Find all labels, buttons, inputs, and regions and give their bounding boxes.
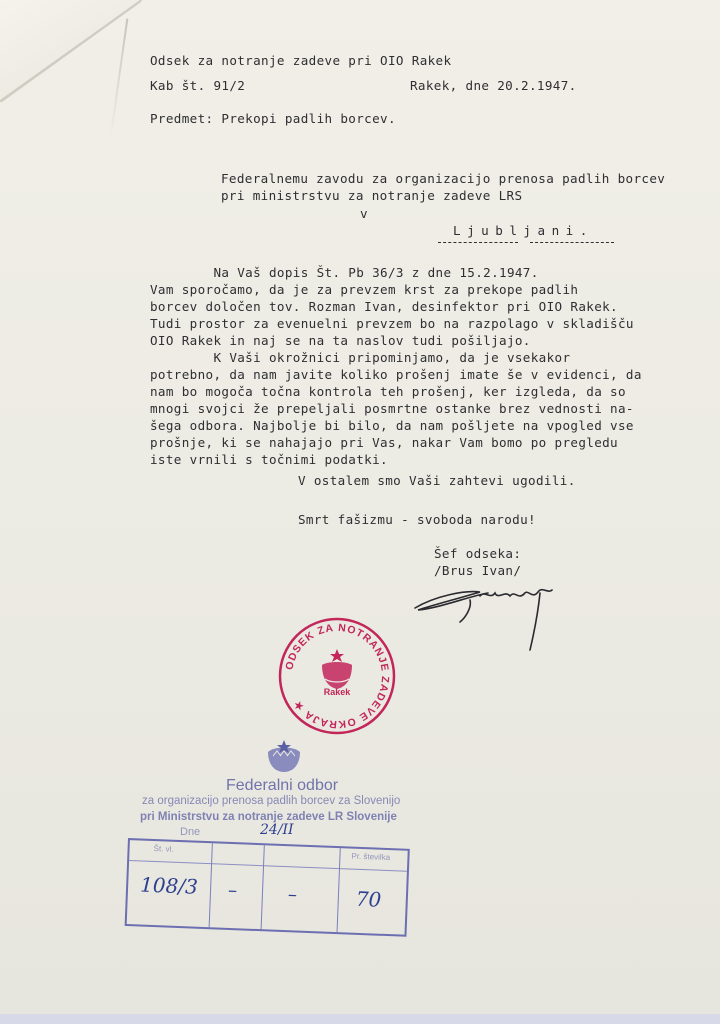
round-office-stamp: ODSEK ZA NOTRANJE ZADEVE OKRAJA ★ Rakek: [278, 617, 396, 735]
body-line: mnogi svojci že prepeljali posmrtne osta…: [150, 400, 634, 417]
register-value: –: [288, 884, 298, 905]
reference-number: Kab št. 91/2: [150, 77, 245, 94]
recipient-line-3: v: [360, 205, 368, 222]
subject-line: Predmet: Prekopi padlih borcev.: [150, 110, 396, 127]
register-value: 70: [355, 887, 381, 912]
place-date: Rakek, dne 20.2.1947.: [410, 77, 577, 94]
closing-line: V ostalem smo Vaši zahtevi ugodili.: [298, 472, 576, 489]
body-line: Tudi prostor za evenuelni prevzem bo na …: [150, 315, 634, 332]
stamp-emblem-icon: ODSEK ZA NOTRANJE ZADEVE OKRAJA ★: [278, 617, 396, 735]
register-value: –: [228, 880, 238, 901]
register-col-header: Št. vl.: [153, 844, 173, 854]
body-line: OIO Rakek in naj se na ta naslov tudi po…: [150, 332, 531, 349]
stamp-center-text: Rakek: [278, 687, 396, 697]
body-line: prošnje, ki se nahajajo pri Vas, nakar V…: [150, 434, 618, 451]
sender-line: Odsek za notranje zadeve pri OIO Rakek: [150, 52, 451, 69]
recipient-line-2: pri ministrstvu za notranje zadeve LRS: [221, 187, 522, 204]
body-line: K Vaši okrožnici pripominjamo, da je vse…: [150, 349, 570, 366]
register-value: 108/3: [140, 873, 199, 899]
scan-edge-band: [0, 1014, 720, 1024]
body-line: Na Vaš dopis Št. Pb 36/3 z dne 15.2.1947…: [150, 264, 539, 281]
register-table-stamp: Št. vl. Pr. številka 108/3 – – 70: [125, 838, 410, 937]
body-line: Vam sporočamo, da je za prevzem krst za …: [150, 281, 578, 298]
received-stamp-date-label: Dne: [180, 826, 200, 838]
body-line: nam bo mogoča točna kontrola teh prošenj…: [150, 383, 626, 400]
slogan-line: Smrt fašizmu - svoboda narodu!: [298, 511, 536, 528]
received-stamp-title: Federalni odbor: [226, 777, 338, 795]
signatory-title: Šef odseka:: [434, 545, 521, 562]
signatory-name: /Brus Ivan/: [434, 562, 521, 579]
recipient-city: Ljubljani.: [453, 222, 594, 239]
recipient-line-1: Federalnemu zavodu za organizacijo preno…: [221, 170, 665, 187]
body-line: borcev določen tov. Rozman Ivan, desinfe…: [150, 298, 618, 315]
state-emblem-icon: [264, 738, 304, 774]
body-line: iste vrnili s točnimi podatki.: [150, 451, 388, 468]
received-date-handwritten: 24/II: [260, 822, 294, 838]
register-col-header: Pr. številka: [351, 852, 390, 862]
body-line: potrebno, da nam javite koliko prošenj i…: [150, 366, 642, 383]
body-line: šega odbora. Najbolje bi bilo, da nam po…: [150, 417, 634, 434]
city-underline-right: [530, 242, 614, 243]
city-underline-left: [438, 242, 518, 243]
handwritten-signature: [410, 578, 570, 658]
received-stamp-line-2: za organizacijo prenosa padlih borcev za…: [142, 795, 400, 807]
